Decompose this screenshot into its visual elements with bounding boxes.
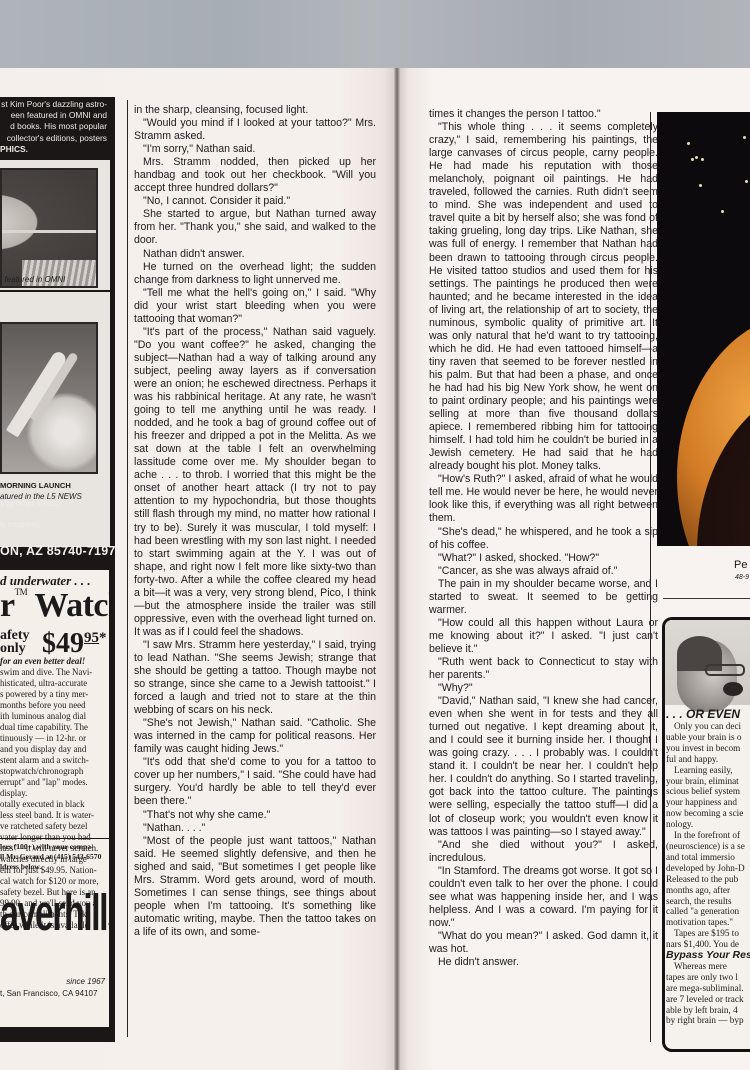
story-paragraph: "Would you mind if I looked at your tatt… [134, 117, 376, 143]
watch-body-line: swim and dive. The Navi- [0, 667, 110, 678]
story-paragraph: "Tell me what the hell's going on," I sa… [134, 287, 376, 326]
column-rule [127, 100, 128, 1037]
story-paragraph: "I saw Mrs. Stramm here yesterday," I sa… [134, 639, 376, 717]
ad-photo [665, 620, 750, 705]
watch-body-line: and you display day and [0, 744, 110, 755]
story-paragraph: "It's odd that she'd come to you for a t… [134, 756, 376, 808]
story-paragraph: "What?" I asked, shocked. "How?" [429, 552, 658, 565]
tapes-body-line: developed by John-D [666, 863, 750, 874]
watch-body-line: stopwatch/chronograph [0, 766, 110, 777]
story-paragraph: "Cancer, as she was always afraid of." [429, 565, 658, 578]
story-column-middle: in the sharp, cleansing, focused light."… [134, 104, 376, 939]
tapes-body-line: and total immersio [666, 852, 750, 863]
watch-title: rTM Watch [0, 587, 110, 625]
tapes-body-line: (neuroscience) is a se [666, 841, 750, 852]
story-paragraph: "And she died without you?" I asked, inc… [429, 839, 658, 865]
watch-body-line: stent alarm and a switch- [0, 755, 110, 766]
story-paragraph: "It's part of the process," Nathan said … [134, 326, 376, 639]
tapes-ad: . . . OR EVEN Only you can deciuable you… [662, 617, 750, 1052]
tapes-body-line: Released to the pub [666, 874, 750, 885]
star-icon [691, 158, 694, 161]
star-icon [743, 136, 746, 139]
tapes-body-line: called "a generation [666, 906, 750, 917]
safety-line: only [0, 642, 30, 655]
story-paragraph: Nathan didn't answer. [134, 248, 376, 261]
intro-line: d books. His most popular [0, 121, 107, 132]
tapes-body-line: you invest in becom [666, 743, 750, 754]
tapes-body-line: are 7 leveled or track [666, 994, 750, 1005]
brand-logo: averhills [0, 885, 110, 944]
planet-artwork [657, 112, 750, 546]
watch-body-line: tinuously — in 12-hr. or [0, 733, 110, 744]
story-paragraph: "How could all this happen without Laura… [429, 617, 658, 656]
saturn-artwork [0, 168, 98, 288]
tapes-body-line: your happiness and [666, 797, 750, 808]
corp-line: ldress below. [0, 862, 110, 872]
tapes-body-line: are mega-subliminal. [666, 983, 750, 994]
art1-caption: , featured in OMNI [0, 275, 65, 284]
story-paragraph: "She's dead," he whispered, and he took … [429, 526, 658, 552]
story-paragraph: times it changes the person I tattoo." [429, 108, 658, 121]
story-paragraph: She started to argue, but Nathan turned … [134, 208, 376, 247]
glasses-icon [705, 664, 745, 676]
tapes-body-line: uable your brain is o [666, 732, 750, 743]
artwork-caption-sub: 48-9 [735, 574, 749, 581]
tapes-body-line: Only you can deci [666, 721, 750, 732]
tapes-body-line: your brain, eliminat [666, 776, 750, 787]
tapes-body-line: In the forefront of [666, 830, 750, 841]
watch-body-line: months before you need [0, 700, 110, 711]
watch-body-line: ve ratcheted safety bezel [0, 821, 110, 832]
story-paragraph: "I'm sorry," Nathan said. [134, 143, 376, 156]
art-panel-launch: MORNING LAUNCH atured in the L5 NEWS [0, 292, 110, 547]
watch-body-line: for an even better deal! [0, 656, 110, 667]
scan-backdrop [0, 0, 750, 70]
safety-label: afetyonly [0, 629, 30, 655]
horizontal-rule [663, 598, 750, 599]
tapes-body-line: ful and happy. [666, 754, 750, 765]
price-dollars: $49 [42, 628, 84, 659]
star-icon [695, 156, 698, 159]
story-paragraph: "What do you mean?" I asked. God damn it… [429, 930, 658, 956]
intro-line: een featured in OMNI and [0, 110, 107, 121]
watch-body-line: otally executed in black [0, 799, 110, 810]
watch-ad: d underwater . . . rTM Watch afetyonly $… [0, 565, 110, 1027]
watch-body-line: dual time capability. The [0, 722, 110, 733]
ad-note-artists: s by other artists) [0, 499, 60, 508]
story-column-right: times it changes the person I tattoo.""T… [429, 108, 658, 969]
story-paragraph: "That's not why she came." [134, 809, 376, 822]
watch-body-line: ith luminous analog dial [0, 711, 110, 722]
story-paragraph: "Why?" [429, 682, 658, 695]
watch-body-line: less steel band. It is water- [0, 810, 110, 821]
story-paragraph: Mrs. Stramm nodded, then picked up her h… [134, 156, 376, 195]
tapes-body-line: scious belief system [666, 786, 750, 797]
planet-ring [2, 230, 98, 233]
tapes-body-line: search, the results [666, 896, 750, 907]
watch-body-line: s powered by a tiny mer- [0, 689, 110, 700]
star-icon [745, 180, 748, 183]
story-paragraph: in the sharp, cleansing, focused light. [134, 104, 376, 117]
story-paragraph: He turned on the overhead light; the sud… [134, 261, 376, 287]
story-paragraph: The pain in my shoulder became worse, an… [429, 578, 658, 617]
corp-line: lers (100+) with your compa- [0, 842, 110, 852]
shuttle-launch-artwork [0, 322, 98, 474]
tapes-body-line: Tapes are $195 to [666, 928, 750, 939]
tapes-body-line: able by left brain, 4 [666, 1005, 750, 1016]
tapes-body-line: now becoming a scie [666, 808, 750, 819]
art-panel-saturn: , featured in OMNI [0, 160, 110, 290]
story-paragraph: "How's Ruth?" I asked, afraid of what he… [429, 473, 658, 525]
story-paragraph: "No, I cannot. Consider it paid." [134, 195, 376, 208]
tapes-body-line: nology. [666, 819, 750, 830]
story-paragraph: "David," Nathan said, "I knew she had ca… [429, 695, 658, 839]
brand-address: t, San Francisco, CA 94107 [0, 989, 97, 998]
artwork-caption-title: Pe [734, 559, 747, 571]
star-icon [721, 210, 724, 213]
story-paragraph: "Most of the people just want tattoos," … [134, 835, 376, 939]
story-paragraph: He didn't answer. [429, 956, 658, 969]
ad-address: ON, AZ 85740-7197 [0, 544, 116, 558]
tapes-body-line: tapes are only two l [666, 972, 750, 983]
tapes-subhead: Bypass Your Res [666, 950, 750, 961]
watch-body-line: display. [0, 788, 110, 799]
tapes-body-copy: Only you can deciuable your brain is oyo… [666, 721, 750, 1026]
art2-caption-title: MORNING LAUNCH [0, 481, 71, 490]
watch-body-line: errupt" and "lap" modes. [0, 777, 110, 788]
story-paragraph: "She's not Jewish," Nathan said. "Cathol… [134, 717, 376, 756]
price-asterisk: * [99, 630, 107, 646]
intro-line: st Kim Poor's dazzling astro- [0, 99, 107, 110]
price-cents: 95 [84, 630, 99, 646]
watch-body-line: histicated, ultra-accurate [0, 678, 110, 689]
corp-line: ll Mr. Gerard at (415) 543-6570 [0, 852, 110, 862]
corporate-orders: lers (100+) with your compa- ll Mr. Gera… [0, 838, 110, 872]
tapes-body-line: Learning easily, [666, 765, 750, 776]
tapes-body-line: motivation tapes." [666, 917, 750, 928]
story-paragraph: "In Stamford. The dreams got worse. It g… [429, 865, 658, 930]
star-icon [701, 158, 704, 161]
book-gutter [394, 68, 400, 1070]
intro-line: PHICS. [0, 144, 28, 154]
ad-note-coupons: ly coupons) [0, 520, 40, 529]
intro-line: collector's editions, posters [0, 133, 107, 144]
story-paragraph: "Ruth went back to Connecticut to stay w… [429, 656, 658, 682]
tapes-body-line: months ago, after [666, 885, 750, 896]
brand-since: since 1967 [66, 977, 105, 986]
ad-intro: st Kim Poor's dazzling astro- een featur… [0, 97, 110, 155]
watch-title-prefix: r [0, 587, 15, 624]
mouth [723, 682, 743, 696]
column-rule [650, 112, 651, 1042]
star-icon [687, 142, 690, 145]
story-paragraph: "This whole thing . . . it seems complet… [429, 121, 658, 473]
watch-title-word: Watch [27, 587, 110, 624]
tapes-headline: . . . OR EVEN [666, 707, 740, 721]
tapes-body-line: Whereas mere [666, 961, 750, 972]
trademark-mark: TM [15, 587, 28, 597]
story-paragraph: "Nathan. . . ." [134, 822, 376, 835]
tapes-body-line: by right brain — byp [666, 1015, 750, 1026]
star-icon [699, 184, 702, 187]
